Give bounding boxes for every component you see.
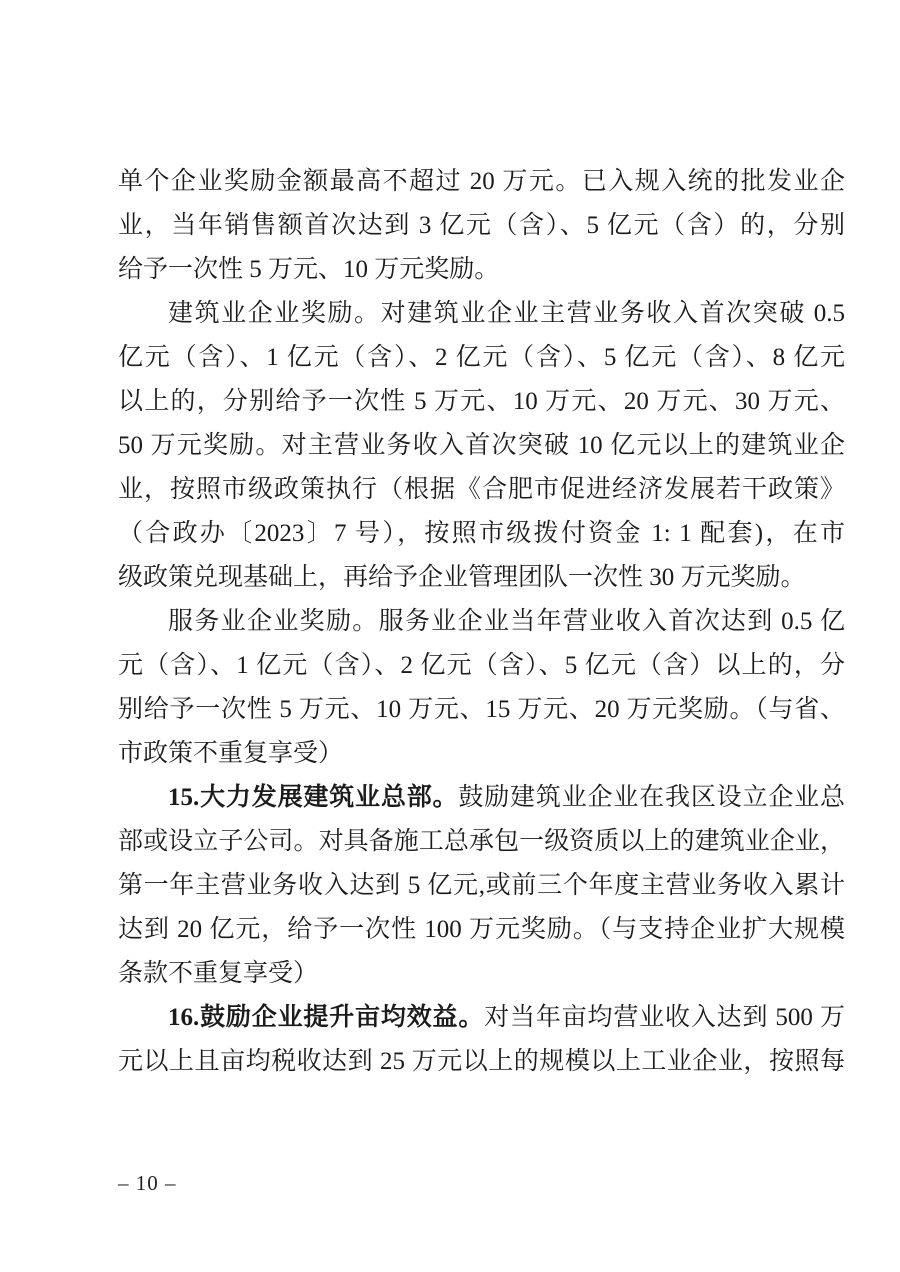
text-line: 业，按照市级政策执行（根据《合肥市促进经济发展若干政策》: [118, 468, 845, 512]
text-line: 15.大力发展建筑业总部。鼓励建筑业企业在我区设立企业总: [118, 776, 845, 820]
text-line: 市政策不重复享受）: [118, 732, 845, 776]
text-line: 16.鼓励企业提升亩均效益。对当年亩均营业收入达到 500 万: [118, 996, 845, 1040]
text-line: 元以上且亩均税收达到 25 万元以上的规模以上工业企业，按照每: [118, 1040, 845, 1084]
text-line: 元（含）、1 亿元（含）、2 亿元（含）、5 亿元（含）以上的，分: [118, 644, 845, 688]
text-line: 别给予一次性 5 万元、10 万元、15 万元、20 万元奖励。（与省、: [118, 688, 845, 732]
text-line: 以上的，分别给予一次性 5 万元、10 万元、20 万元、30 万元、: [118, 380, 845, 424]
clause-16-heading: 16.鼓励企业提升亩均效益。: [168, 1004, 484, 1031]
document-page: 单个企业奖励金额最高不超过 20 万元。已入规入统的批发业企 业，当年销售额首次…: [0, 0, 900, 1272]
text-line: 服务业企业奖励。服务业企业当年营业收入首次达到 0.5 亿: [118, 600, 845, 644]
page-number: – 10 –: [118, 1170, 177, 1196]
paragraph-clause-16-per-mu-benefit: 16.鼓励企业提升亩均效益。对当年亩均营业收入达到 500 万 元以上且亩均税收…: [118, 996, 845, 1084]
text-line: 第一年主营业务收入达到 5 亿元,或前三个年度主营业务收入累计: [118, 864, 845, 908]
text-line: 给予一次性 5 万元、10 万元奖励。: [118, 248, 845, 292]
text-line: 建筑业企业奖励。对建筑业企业主营业务收入首次突破 0.5: [118, 292, 845, 336]
paragraph-clause-15-construction-hq: 15.大力发展建筑业总部。鼓励建筑业企业在我区设立企业总 部或设立子公司。对具备…: [118, 776, 845, 996]
text-line: 亿元（含）、1 亿元（含）、2 亿元（含）、5 亿元（含）、8 亿元（含）: [118, 336, 845, 380]
document-body: 单个企业奖励金额最高不超过 20 万元。已入规入统的批发业企 业，当年销售额首次…: [118, 160, 845, 1084]
text-line: 单个企业奖励金额最高不超过 20 万元。已入规入统的批发业企: [118, 160, 845, 204]
clause-15-heading: 15.大力发展建筑业总部。: [168, 784, 458, 811]
text-line: 部或设立子公司。对具备施工总承包一级资质以上的建筑业企业，: [118, 820, 845, 864]
text-line: （合政办〔2023〕7 号），按照市级拨付资金 1: 1 配套)，在市: [118, 512, 845, 556]
text-line: 50 万元奖励。对主营业务收入首次突破 10 亿元以上的建筑业企: [118, 424, 845, 468]
text-line: 达到 20 亿元，给予一次性 100 万元奖励。（与支持企业扩大规模: [118, 908, 845, 952]
text-run: 鼓励建筑业企业在我区设立企业总: [458, 784, 845, 811]
text-line: 业，当年销售额首次达到 3 亿元（含）、5 亿元（含）的，分别: [118, 204, 845, 248]
text-line: 条款不重复享受）: [118, 952, 845, 996]
paragraph-service-reward: 服务业企业奖励。服务业企业当年营业收入首次达到 0.5 亿 元（含）、1 亿元（…: [118, 600, 845, 776]
paragraph-wholesale-reward-continued: 单个企业奖励金额最高不超过 20 万元。已入规入统的批发业企 业，当年销售额首次…: [118, 160, 845, 292]
text-run: 对当年亩均营业收入达到 500 万: [484, 1004, 845, 1031]
text-line: 级政策兑现基础上，再给予企业管理团队一次性 30 万元奖励。: [118, 556, 845, 600]
paragraph-construction-reward: 建筑业企业奖励。对建筑业企业主营业务收入首次突破 0.5 亿元（含）、1 亿元（…: [118, 292, 845, 600]
